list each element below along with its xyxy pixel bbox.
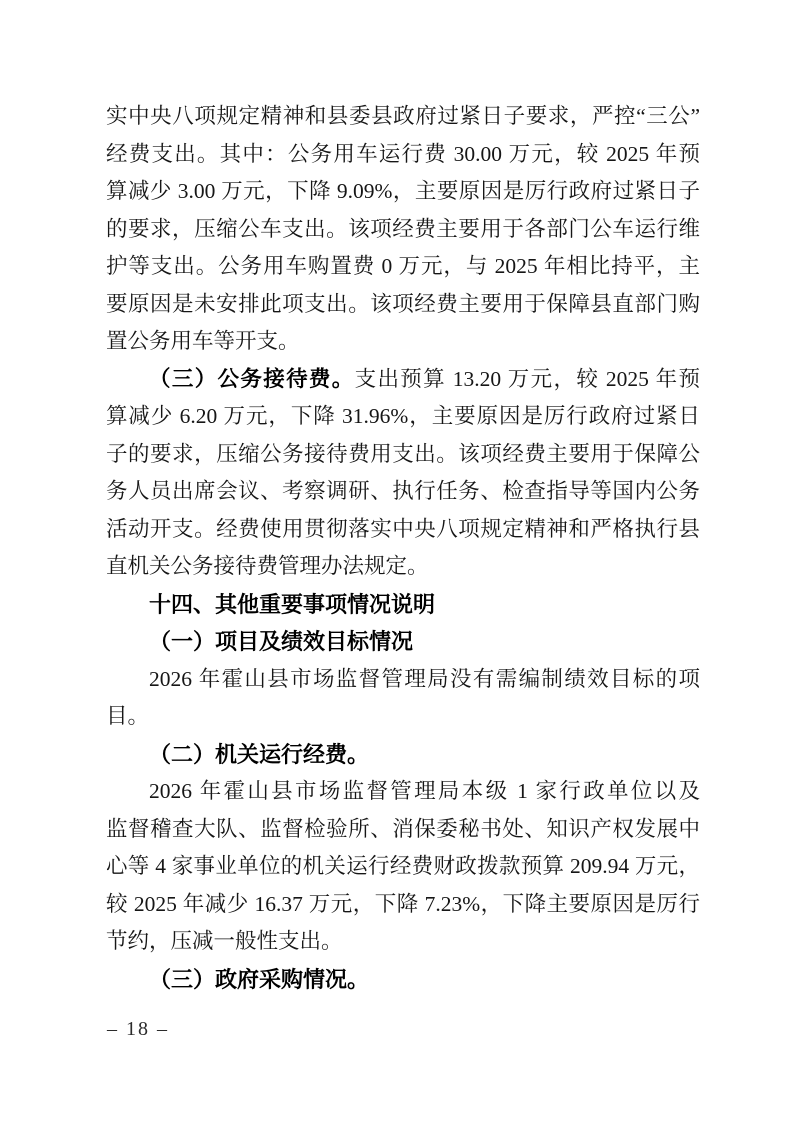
text-line: 直机关公务接待费管理办法规定。 (106, 548, 700, 586)
line-text: 经费支出。其中：公务用车运行费 30.00 万元，较 2025 年预 (106, 142, 700, 166)
text-line: 务人员出席会议、考察调研、执行任务、检查指导等国内公务 (106, 473, 700, 511)
heading-text: （二）机关运行经费。 (149, 742, 369, 767)
line-text: 较 2025 年减少 16.37 万元，下降 7.23%，下降主要原因是厉行 (106, 892, 700, 916)
document-body: 实中央八项规定精神和县委县政府过紧日子要求，严控“三公” 经费支出。其中：公务用… (106, 98, 700, 998)
text-line: 实中央八项规定精神和县委县政府过紧日子要求，严控“三公” (106, 98, 700, 136)
page-number: – 18 – (107, 1015, 169, 1043)
text-line: 要原因是未安排此项支出。该项经费主要用于保障县直部门购 (106, 286, 700, 324)
line-text: 算减少 6.20 万元，下降 31.96%，主要原因是厉行政府过紧日 (106, 404, 700, 428)
line-text: 节约，压减一般性支出。 (106, 929, 343, 953)
heading-text: （一）项目及绩效目标情况 (149, 629, 413, 654)
text-line: 节约，压减一般性支出。 (106, 923, 700, 961)
text-line: 护等支出。公务用车购置费 0 万元，与 2025 年相比持平，主 (106, 248, 700, 286)
subsection-heading: （二）机关运行经费。 (106, 736, 700, 774)
heading-text: 十四、其他重要事项情况说明 (149, 592, 435, 617)
text-line: 监督稽查大队、监督检验所、消保委秘书处、知识产权发展中 (106, 811, 700, 849)
text-line: 子的要求，压缩公务接待费用支出。该项经费主要用于保障公 (106, 436, 700, 474)
text-line: 经费支出。其中：公务用车运行费 30.00 万元，较 2025 年预 (106, 136, 700, 174)
text-line: 2026 年霍山县市场监督管理局没有需编制绩效目标的项 (106, 661, 700, 699)
text-line: 的要求，压缩公车支出。该项经费主要用于各部门公车运行维 (106, 211, 700, 249)
text-line: 活动开支。经费使用贯彻落实中央八项规定精神和严格执行县 (106, 511, 700, 549)
line-text: 目。 (106, 704, 149, 728)
subsection-heading: （三）政府采购情况。 (106, 961, 700, 999)
line-text: 心等 4 家事业单位的机关运行经费财政拨款预算 209.94 万元， (106, 854, 700, 878)
line-text: 实中央八项规定精神和县委县政府过紧日子要求，严控“三公” (106, 104, 700, 128)
text-line: 2026 年霍山县市场监督管理局本级 1 家行政单位以及 (106, 773, 700, 811)
text-line: 心等 4 家事业单位的机关运行经费财政拨款预算 209.94 万元， (106, 848, 700, 886)
heading-text: （三）政府采购情况。 (149, 967, 369, 992)
document-page: 实中央八项规定精神和县委县政府过紧日子要求，严控“三公” 经费支出。其中：公务用… (0, 0, 793, 1122)
text-line: 算减少 3.00 万元，下降 9.09%，主要原因是厉行政府过紧日子 (106, 173, 700, 211)
text-line: 置公务用车等开支。 (106, 323, 700, 361)
line-text: 2026 年霍山县市场监督管理局本级 1 家行政单位以及 (149, 779, 700, 803)
line-text: 监督稽查大队、监督检验所、消保委秘书处、知识产权发展中 (106, 817, 700, 841)
text-line: （三）公务接待费。支出预算 13.20 万元，较 2025 年预 (106, 361, 700, 399)
line-text: 置公务用车等开支。 (106, 329, 300, 353)
line-text: 支出预算 13.20 万元，较 2025 年预 (355, 367, 700, 391)
line-text: 2026 年霍山县市场监督管理局没有需编制绩效目标的项 (149, 667, 700, 691)
line-text: 要原因是未安排此项支出。该项经费主要用于保障县直部门购 (106, 292, 700, 316)
text-line: 较 2025 年减少 16.37 万元，下降 7.23%，下降主要原因是厉行 (106, 886, 700, 924)
line-text: 直机关公务接待费管理办法规定。 (106, 554, 429, 578)
section-heading: 十四、其他重要事项情况说明 (106, 586, 700, 624)
line-text: 子的要求，压缩公务接待费用支出。该项经费主要用于保障公 (106, 442, 700, 466)
line-text: 护等支出。公务用车购置费 0 万元，与 2025 年相比持平，主 (106, 254, 700, 278)
line-text: 算减少 3.00 万元，下降 9.09%，主要原因是厉行政府过紧日子 (106, 179, 700, 203)
subheading-bold-lead: （三）公务接待费。 (149, 367, 355, 391)
text-line: 目。 (106, 698, 700, 736)
subsection-heading: （一）项目及绩效目标情况 (106, 623, 700, 661)
line-text: 务人员出席会议、考察调研、执行任务、检查指导等国内公务 (106, 479, 700, 503)
text-line: 算减少 6.20 万元，下降 31.96%，主要原因是厉行政府过紧日 (106, 398, 700, 436)
line-text: 活动开支。经费使用贯彻落实中央八项规定精神和严格执行县 (106, 517, 700, 541)
line-text: 的要求，压缩公车支出。该项经费主要用于各部门公车运行维 (106, 217, 700, 241)
